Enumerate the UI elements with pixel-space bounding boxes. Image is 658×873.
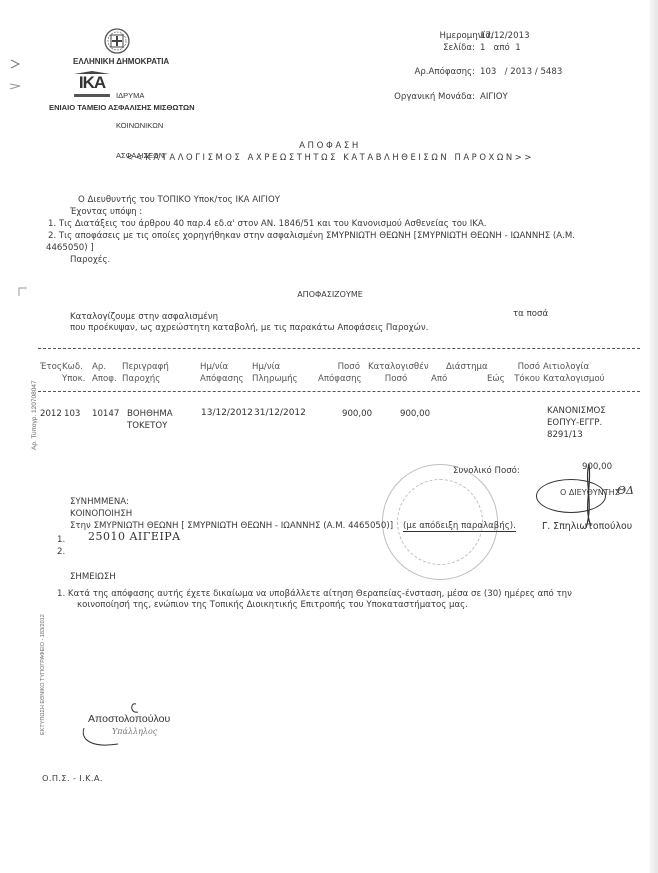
cell-reason-l3: 8291/13 xyxy=(547,429,606,441)
cell-decision-date: 13/12/2012 xyxy=(201,407,253,419)
cell-code: 103 xyxy=(64,408,80,420)
decision-heading: ΑΠΟΦΑΣΙΖΟΥΜΕ xyxy=(60,290,600,299)
note-line-2: κοινοποίησή της, ενώπιον της Τοπικής Διο… xyxy=(77,600,468,610)
col-num-l2: Αποφ. xyxy=(92,373,117,385)
margin-printer: ΕΚΤΥΠΩΣΗ ΕΘΝΙΚΟ ΤΥΠΟΓΡΑΦΕΙΟ - 183/2012 xyxy=(40,614,46,735)
col-charged-amount-l1: Καταλογισθέν xyxy=(368,361,424,373)
ika-logo: IKA xyxy=(72,71,112,101)
col-interest-l2: Τόκου xyxy=(510,373,540,385)
col-reason: ΑιτιολογίαΚαταλογισμού xyxy=(543,361,605,385)
col-to: Εώς xyxy=(487,373,505,385)
note-line-1: 1. Κατά της απόφασης αυτής έχετε δικαίωμ… xyxy=(57,589,572,599)
col-interest: ΠοσόΤόκου xyxy=(510,361,540,385)
col-num: Αρ.Αποφ. xyxy=(92,361,117,385)
ika-logo-text: IKA xyxy=(72,74,112,92)
org-line-2: ΚΟΙΝΩΝΙΚΩΝ xyxy=(116,121,164,131)
col-desc-l2: Παροχής xyxy=(122,373,169,385)
page-value: 1 από 1 xyxy=(480,43,521,53)
attachments-label: ΣΥΝΗΜΜΕΝΑ: xyxy=(70,497,129,507)
attachment-item-1-number: 1. xyxy=(57,535,65,545)
unit-label: Οργανική Μονάδα: xyxy=(378,92,475,102)
issuer-signature-stroke-icon xyxy=(78,700,158,750)
unit-value: ΑΙΓΙΟΥ xyxy=(480,92,508,102)
cell-reason-l1: ΚΑΝΟΝΙΣΜΟΣ xyxy=(547,405,606,417)
decision-line-2: που προέκυψαν, ως αχρεώστητη καταβολή, μ… xyxy=(70,323,428,333)
cell-desc-l1: ΒΟΗΘΗΜΑ xyxy=(127,408,173,420)
col-interest-l1: Ποσό xyxy=(510,361,540,373)
col-code: Κωδ.Υποκ. xyxy=(62,361,85,385)
coat-of-arms-icon xyxy=(103,27,131,55)
notification-label: ΚΟΙΝΟΠΟΙΗΣΗ xyxy=(70,509,132,519)
col-year: Έτος xyxy=(40,361,62,373)
col-decision-date-l1: Ημ/νία xyxy=(200,361,244,373)
org-line-1: ΙΔΡΥΜΑ xyxy=(116,91,164,101)
col-code-l1: Κωδ. xyxy=(62,361,85,373)
date-value: 17/12/2013 xyxy=(480,31,530,41)
director-line: Ο Διευθυντής του ΤΟΠΙΚΟ Υποκ/τος ΙΚΑ ΑΙΓ… xyxy=(78,195,280,205)
cell-year: 2012 xyxy=(40,408,62,420)
cell-payment-date: 31/12/2012 xyxy=(254,407,306,419)
fund-name: ΕΝΙΑΙΟ ΤΑΜΕΙΟ ΑΣΦΑΛΙΣΗΣ ΜΙΣΘΩΤΩΝ xyxy=(49,103,195,112)
attachment-item-2-number: 2. xyxy=(57,547,65,557)
col-desc-l1: Περιγραφή xyxy=(122,361,169,373)
director-name: Γ. Σπηλιωτοπούλου xyxy=(542,521,632,532)
note-heading: ΣΗΜΕΙΩΣΗ xyxy=(70,572,116,582)
decision-number-value: 103 / 2013 / 5483 xyxy=(480,67,562,77)
col-desc: ΠεριγραφήΠαροχής xyxy=(122,361,169,385)
preamble-item-2: 2. Τις αποφάσεις με τις οποίες χορηγήθηκ… xyxy=(48,231,575,241)
cell-desc: ΒΟΗΘΗΜΑΤΟΚΕΤΟΥ xyxy=(127,408,173,432)
col-decision-date-l2: Απόφασης xyxy=(200,373,244,385)
col-decision-amount-l2: Απόφασης xyxy=(318,373,360,385)
col-reason-l1: Αιτιολογία xyxy=(543,361,605,373)
cell-desc-l2: ΤΟΚΕΤΟΥ xyxy=(127,420,173,432)
scan-edge xyxy=(650,0,658,873)
col-num-l1: Αρ. xyxy=(92,361,117,373)
considering-line: Έχοντας υπόψη : xyxy=(70,207,142,217)
decision-line-1-right: τα ποσά xyxy=(513,309,548,319)
notification-receipt: (με απόδειξη παραλαβής). xyxy=(403,521,516,532)
col-decision-date: Ημ/νίαΑπόφασης xyxy=(200,361,244,385)
decision-number-label: Αρ.Απόφασης: xyxy=(378,67,475,77)
col-decision-amount: ΠοσόΑπόφασης xyxy=(318,361,360,385)
footer-system: Ο.Π.Σ. - Ι.Κ.Α. xyxy=(42,773,103,783)
table-top-rule xyxy=(38,348,640,349)
cell-decision-amount: 900,00 xyxy=(342,408,372,420)
page-label: Σελίδα: xyxy=(378,43,475,53)
attachment-item-1-handwritten: 25010 ΑΙΓΕΙΡΑ xyxy=(88,530,181,543)
director-initials: ΘΔ xyxy=(617,484,634,497)
corner-mark-icon xyxy=(18,287,28,297)
table-header-rule xyxy=(38,391,640,392)
margin-serial: Αρ. Τυπογρ. 120708047 xyxy=(31,380,38,450)
document-subtitle: <<ΚΑΤΑΛΟΓΙΣΜΟΣ ΑΧΡΕΩΣΤΗΤΩΣ ΚΑΤΑΒΛΗΘΕΙΣΩΝ… xyxy=(60,152,600,162)
date-label: Ημερομηνία: xyxy=(378,31,494,41)
col-reason-l2: Καταλογισμού xyxy=(543,373,605,385)
state-name: ΕΛΛΗΝΙΚΗ ΔΗΜΟΚΡΑΤΙΑ xyxy=(73,57,169,66)
document-title: ΑΠΟΦΑΣΗ xyxy=(60,141,600,151)
preamble-item-2-end: Παροχές. xyxy=(70,255,110,265)
org-name: ΙΔΡΥΜΑ ΚΟΙΝΩΝΙΚΩΝ ΑΣΦΑΛΙΣΕΩΝ xyxy=(116,71,164,181)
margin-arrow-icon xyxy=(8,58,22,94)
col-charged-amount: ΚαταλογισθένΠοσό xyxy=(368,361,424,385)
cell-charged-amount: 900,00 xyxy=(400,408,430,420)
col-code-l2: Υποκ. xyxy=(62,373,85,385)
cell-num: 10147 xyxy=(92,408,119,420)
decision-line-1: Καταλογίζουμε στην ασφαλισμένη xyxy=(70,312,218,322)
col-from: Από xyxy=(431,373,447,385)
col-decision-amount-l1: Ποσό xyxy=(318,361,360,373)
preamble-item-1: 1. Τις Διατάξεις του άρθρου 40 παρ.4 εδ.… xyxy=(48,219,487,229)
col-payment-date: Ημ/νίαΠληρωμής xyxy=(252,361,298,385)
cell-reason: ΚΑΝΟΝΙΣΜΟΣΕΟΠΥΥ-ΕΓΓΡ.8291/13 xyxy=(547,405,606,441)
col-payment-date-l1: Ημ/νία xyxy=(252,361,298,373)
col-period: Διάστημα xyxy=(446,361,488,373)
col-charged-amount-l2: Ποσό xyxy=(368,373,424,385)
cell-reason-l2: ΕΟΠΥΥ-ΕΓΓΡ. xyxy=(547,417,606,429)
preamble-item-2-cont: 4465050) ] xyxy=(46,243,94,253)
col-payment-date-l2: Πληρωμής xyxy=(252,373,298,385)
